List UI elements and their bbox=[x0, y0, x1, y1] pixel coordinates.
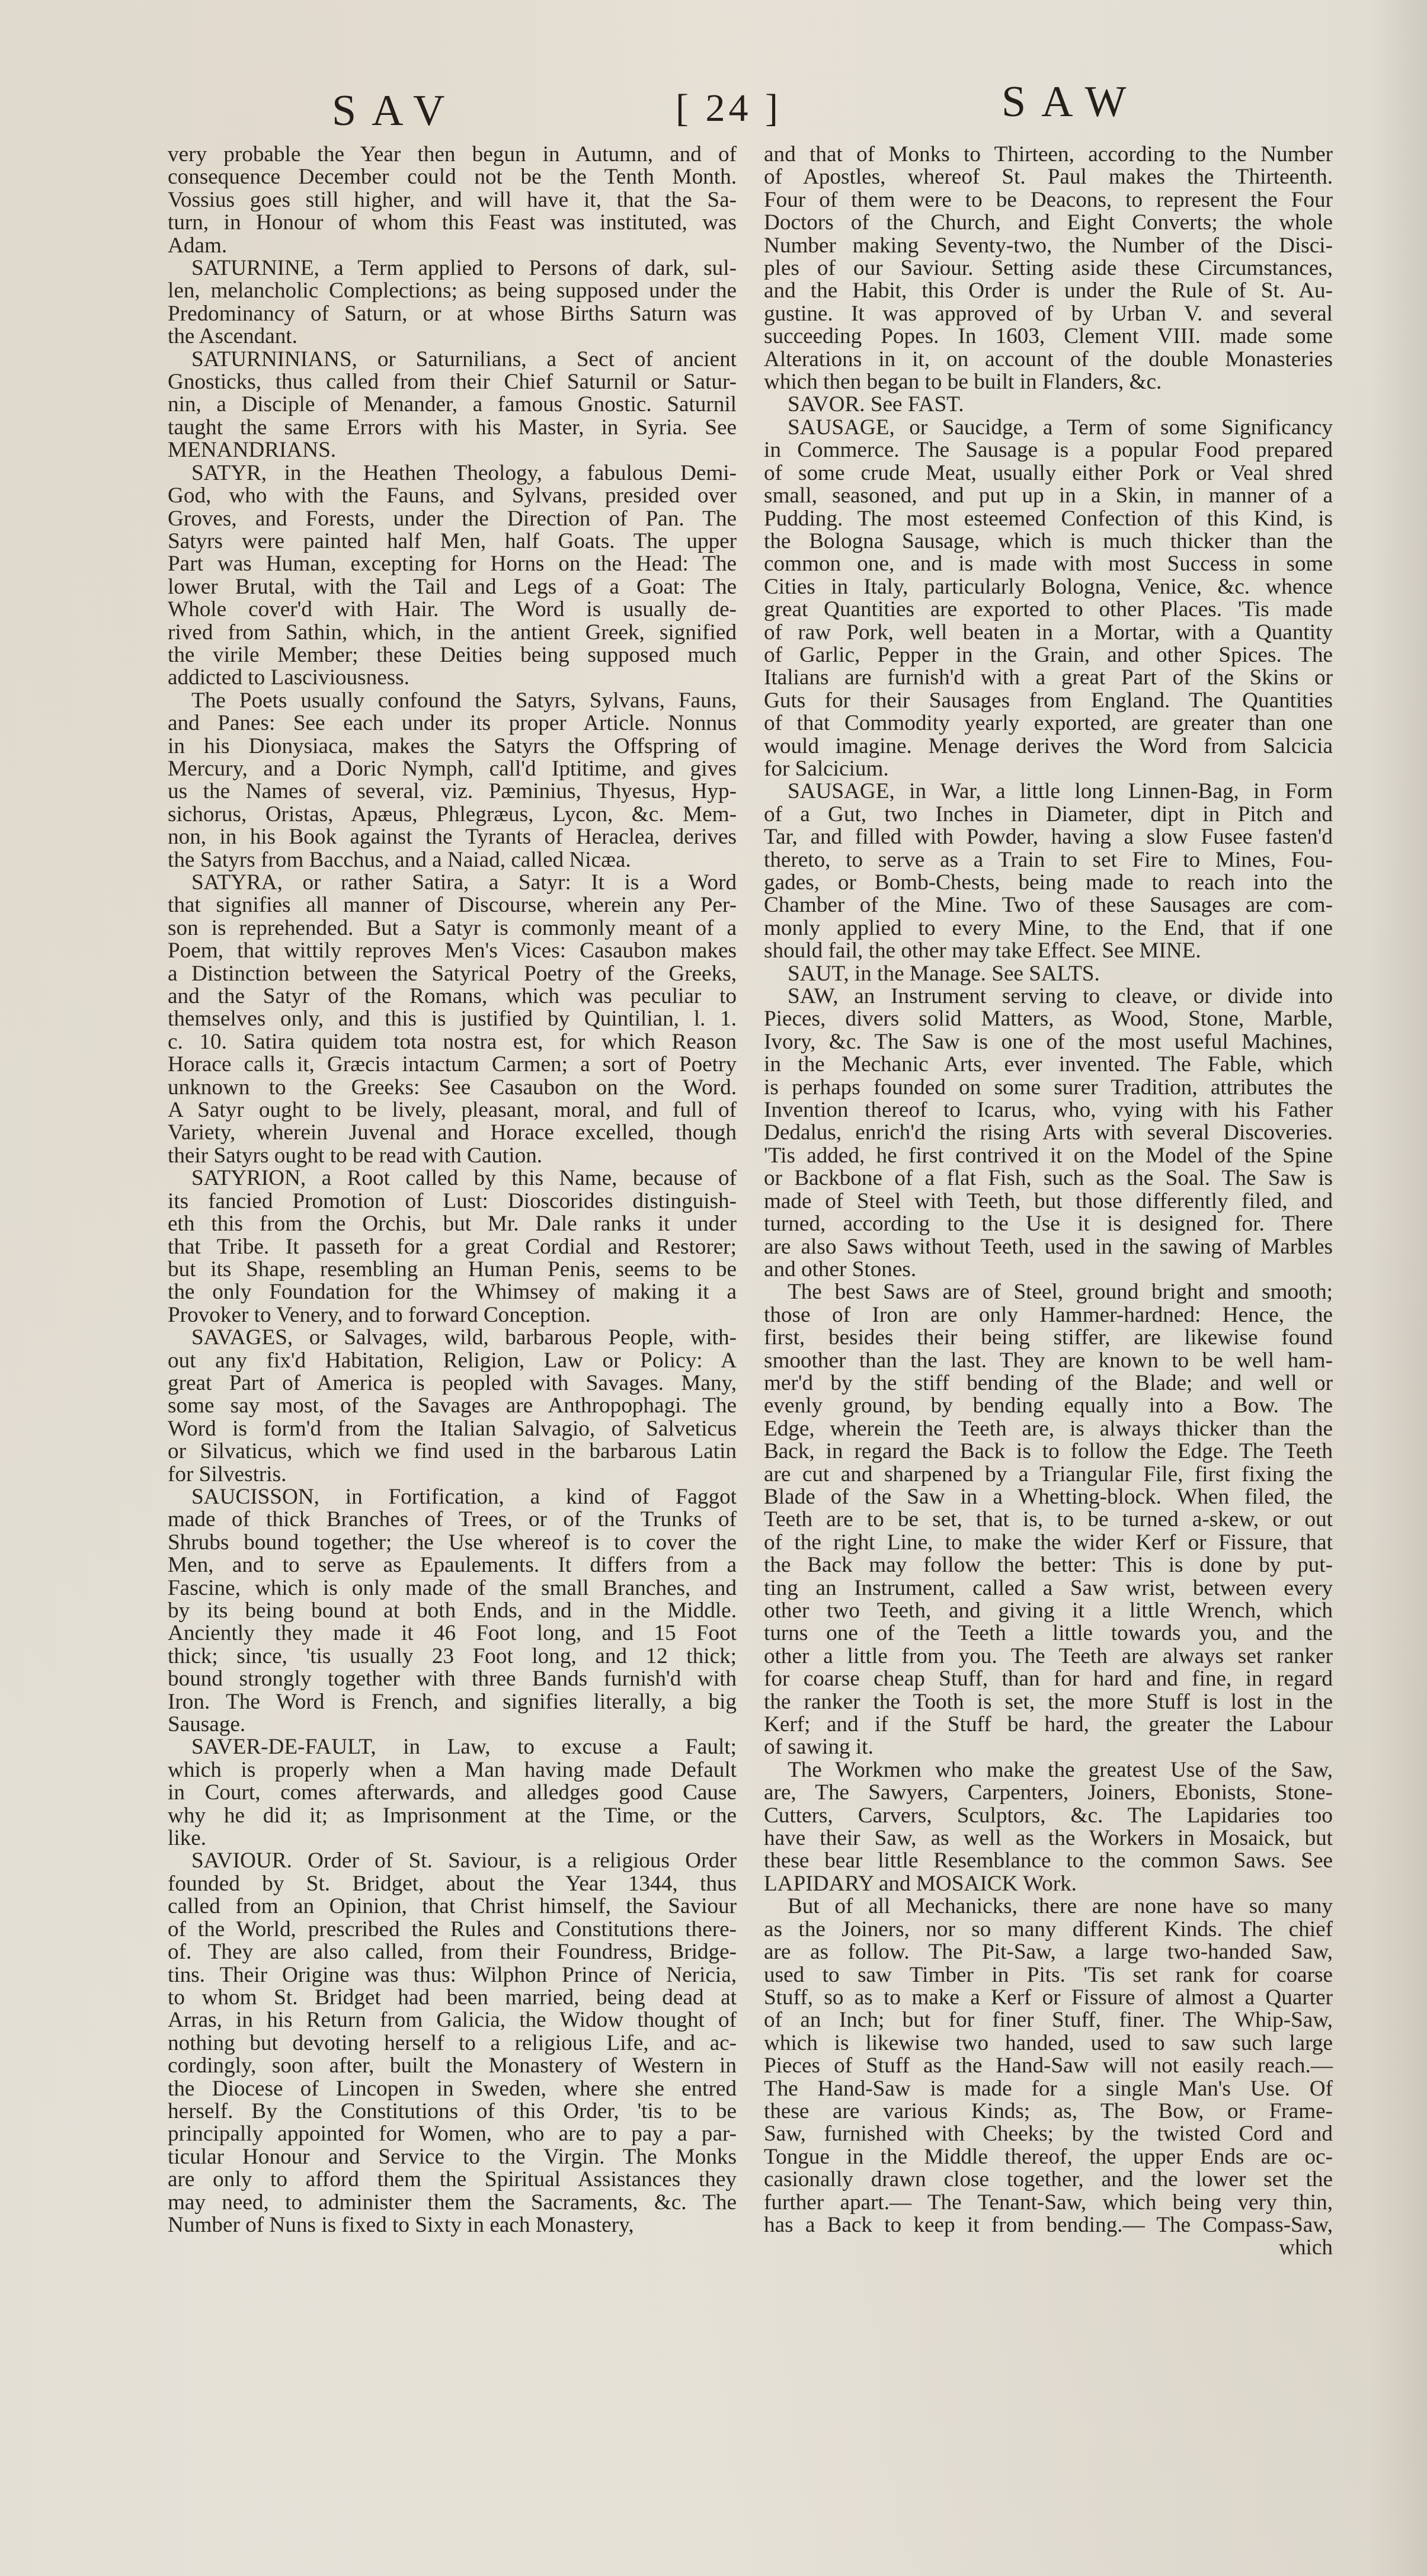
text-line: Word is form'd from the Italian Salvagio… bbox=[168, 1418, 737, 1440]
text-line: Teeth are to be set, that is, to be turn… bbox=[764, 1508, 1333, 1531]
text-line: Four of them were to be Deacons, to repr… bbox=[764, 189, 1333, 212]
text-line: and that of Monks to Thirteen, according… bbox=[764, 143, 1333, 166]
text-line: and the Habit, this Order is under the R… bbox=[764, 280, 1333, 302]
text-line: as the Joiners, nor so many different Ki… bbox=[764, 1918, 1333, 1941]
text-line: great Quantities are exported to other P… bbox=[764, 598, 1333, 621]
text-line: God, who with the Fauns, and Sylvans, pr… bbox=[168, 485, 737, 507]
text-line: these are various Kinds; as, The Bow, or… bbox=[764, 2100, 1333, 2123]
text-line: gustine. It was approved of by Urban V. … bbox=[764, 303, 1333, 325]
text-line: great Part of America is peopled with Sa… bbox=[168, 1372, 737, 1395]
text-line: Satyrs were painted half Men, half Goats… bbox=[168, 530, 737, 553]
text-line: A Satyr ought to be lively, pleasant, mo… bbox=[168, 1099, 737, 1122]
text-line: evenly ground, by bending equally into a… bbox=[764, 1395, 1333, 1417]
text-line: ples of our Saviour. Setting aside these… bbox=[764, 257, 1333, 280]
text-line: in his Dionysiaca, makes the Satyrs the … bbox=[168, 735, 737, 758]
text-line: turned, according to the Use it is desig… bbox=[764, 1213, 1333, 1235]
page-number: [ 24 ] bbox=[676, 86, 782, 131]
text-line: Doctors of the Church, and Eight Convert… bbox=[764, 212, 1333, 234]
text-line: of an Inch; but for finer Stuff, finer. … bbox=[764, 2009, 1333, 2032]
text-line: the ranker the Tooth is set, the more St… bbox=[764, 1691, 1333, 1713]
text-line: like. bbox=[168, 1827, 737, 1850]
text-line: why he did it; as Imprisonment at the Ti… bbox=[168, 1805, 737, 1827]
text-line: 'Tis added, he first contrived it on the… bbox=[764, 1145, 1333, 1167]
text-line: Part was Human, excepting for Horns on t… bbox=[168, 553, 737, 575]
text-line: Arras, in his Return from Galicia, the W… bbox=[168, 2009, 737, 2032]
text-line: Fascine, which is only made of the small… bbox=[168, 1577, 737, 1600]
text-line: Whole cover'd with Hair. The Word is usu… bbox=[168, 598, 737, 621]
text-line: are also Saws without Teeth, used in the… bbox=[764, 1236, 1333, 1258]
text-line: Stuff, so as to make a Kerf or Fissure o… bbox=[764, 1987, 1333, 2009]
text-line: eth this from the Orchis, but Mr. Dale r… bbox=[168, 1213, 737, 1235]
text-line: Adam. bbox=[168, 235, 737, 257]
text-line: Guts for their Sausages from England. Th… bbox=[764, 690, 1333, 712]
text-line: taught the same Errors with his Master, … bbox=[168, 416, 737, 439]
text-line: called from an Opinion, that Christ hims… bbox=[168, 1895, 737, 1918]
text-line: turns one of the Teeth a little towards … bbox=[764, 1622, 1333, 1645]
text-line: should fail, the other may take Effect. … bbox=[764, 940, 1333, 962]
text-line: SAUT, in the Manage. See SALTS. bbox=[764, 963, 1333, 985]
text-line: gades, or Bomb-Chests, being made to rea… bbox=[764, 872, 1333, 894]
text-line: common one, and is made with most Succes… bbox=[764, 553, 1333, 575]
text-line: SATURNINIANS, or Saturnilians, a Sect of… bbox=[168, 348, 737, 371]
text-line: of the right Line, to make the wider Ker… bbox=[764, 1531, 1333, 1554]
text-line: But of all Mechanicks, there are none ha… bbox=[764, 1895, 1333, 1918]
text-line: for Silvestris. bbox=[168, 1463, 737, 1486]
text-line: or Silvaticus, which we find used in the… bbox=[168, 1440, 737, 1463]
text-line: mer'd by the stiff bending of the Blade;… bbox=[764, 1372, 1333, 1395]
text-line: Blade of the Saw in a Whetting-block. Wh… bbox=[764, 1486, 1333, 1508]
text-line: ting an Instrument, called a Saw wrist, … bbox=[764, 1577, 1333, 1600]
text-line: very probable the Year then begun in Aut… bbox=[168, 143, 737, 166]
text-line: of that Commodity yearly exported, are g… bbox=[764, 712, 1333, 735]
text-line: Edge, wherein the Teeth are, is always t… bbox=[764, 1418, 1333, 1440]
right-guide-word: SAW bbox=[1002, 77, 1142, 127]
text-line: but its Shape, resembling an Human Penis… bbox=[168, 1258, 737, 1281]
text-line: a Distinction between the Satyrical Poet… bbox=[168, 963, 737, 985]
text-line: and other Stones. bbox=[764, 1258, 1333, 1281]
text-line: tins. Their Origine was thus: Wilphon Pr… bbox=[168, 1964, 737, 1987]
text-line: Tar, and filled with Powder, having a sl… bbox=[764, 826, 1333, 848]
text-line: Pieces, divers solid Matters, as Wood, S… bbox=[764, 1008, 1333, 1030]
text-line: and the Satyr of the Romans, which was p… bbox=[168, 985, 737, 1008]
text-line: non, in his Book against the Tyrants of … bbox=[168, 826, 737, 848]
text-line: has a Back to keep it from bending.— The… bbox=[764, 2214, 1333, 2237]
text-line: Alterations in it, on account of the dou… bbox=[764, 348, 1333, 371]
text-line: of some crude Meat, usually either Pork … bbox=[764, 462, 1333, 485]
text-line: Back, in regard the Back is to follow th… bbox=[764, 1440, 1333, 1463]
text-line: Poem, that wittily reproves Men's Vices:… bbox=[168, 940, 737, 962]
text-line: Sausage. bbox=[168, 1713, 737, 1736]
text-line: to whom St. Bridget had been married, be… bbox=[168, 1987, 737, 2009]
text-line: MENANDRIANS. bbox=[168, 439, 737, 462]
text-line: is perhaps founded on some surer Traditi… bbox=[764, 1076, 1333, 1099]
text-line: Number making Seventy-two, the Number of… bbox=[764, 235, 1333, 257]
text-line: used to saw Timber in Pits. 'Tis set ran… bbox=[764, 1964, 1333, 1987]
text-line: Number of Nuns is fixed to Sixty in each… bbox=[168, 2214, 737, 2237]
text-line: these bear little Resemblance to the com… bbox=[764, 1850, 1333, 1872]
catchword: which bbox=[764, 2237, 1333, 2259]
text-line: of. They are also called, from their Fou… bbox=[168, 1941, 737, 1963]
text-line: c. 10. Satira quidem tota nostra est, fo… bbox=[168, 1031, 737, 1053]
text-line: SAVER-DE-FAULT, in Law, to excuse a Faul… bbox=[168, 1736, 737, 1758]
text-line: Cities in Italy, particularly Bologna, V… bbox=[764, 576, 1333, 598]
text-line: made of Steel with Teeth, but those diff… bbox=[764, 1190, 1333, 1213]
text-line: SAW, an Instrument serving to cleave, or… bbox=[764, 985, 1333, 1008]
text-line: Saw, furnished with Cheeks; by the twist… bbox=[764, 2123, 1333, 2145]
text-line: which then began to be built in Flanders… bbox=[764, 371, 1333, 393]
text-line: of a Gut, two Inches in Diameter, dipt i… bbox=[764, 803, 1333, 826]
text-line: thereto, to serve as a Train to set Fire… bbox=[764, 849, 1333, 872]
text-line: Pudding. The most esteemed Confection of… bbox=[764, 508, 1333, 530]
text-line: of the World, prescribed the Rules and C… bbox=[168, 1918, 737, 1941]
text-line: lower Brutal, with the Tail and Legs of … bbox=[168, 576, 737, 598]
text-line: SATYRA, or rather Satira, a Satyr: It is… bbox=[168, 872, 737, 894]
text-line: the Bologna Sausage, which is much thick… bbox=[764, 530, 1333, 553]
text-line: Invention thereof to Icarus, who, vying … bbox=[764, 1099, 1333, 1122]
text-line: SATURNINE, a Term applied to Persons of … bbox=[168, 257, 737, 280]
text-line: which is properly when a Man having made… bbox=[168, 1759, 737, 1782]
text-line: Predominancy of Saturn, or at whose Birt… bbox=[168, 303, 737, 325]
text-line: Dedalus, enrich'd the rising Arts with s… bbox=[764, 1122, 1333, 1144]
text-line: its fancied Promotion of Lust: Dioscorid… bbox=[168, 1190, 737, 1213]
text-line: Variety, wherein Juvenal and Horace exce… bbox=[168, 1122, 737, 1144]
text-line: Cutters, Carvers, Sculptors, &c. The Lap… bbox=[764, 1805, 1333, 1827]
text-line: monly applied to every Mine, to the End,… bbox=[764, 917, 1333, 940]
text-line: themselves only, and this is justified b… bbox=[168, 1008, 737, 1030]
text-line: the Back may follow the better: This is … bbox=[764, 1554, 1333, 1577]
document-page: SAV [ 24 ] SAW very probable the Year th… bbox=[0, 0, 1427, 2576]
text-line: of sawing it. bbox=[764, 1736, 1333, 1758]
text-line: of raw Pork, well beaten in a Mortar, wi… bbox=[764, 621, 1333, 644]
text-line: of Garlic, Pepper in the Grain, and othe… bbox=[764, 644, 1333, 667]
text-line: first, besides their being stiffer, are … bbox=[764, 1327, 1333, 1349]
text-line: and Panes: See each under its proper Art… bbox=[168, 712, 737, 735]
text-line: Chamber of the Mine. Two of these Sausag… bbox=[764, 894, 1333, 917]
text-line: in Commerce. The Sausage is a popular Fo… bbox=[764, 439, 1333, 462]
text-line: out any fix'd Habitation, Religion, Law … bbox=[168, 1350, 737, 1372]
text-line: Tongue in the Middle thereof, the upper … bbox=[764, 2146, 1333, 2168]
text-line: smoother than the last. They are known t… bbox=[764, 1350, 1333, 1372]
text-line: sichorus, Oristas, Apæus, Phlegræus, Lyc… bbox=[168, 803, 737, 826]
text-line: Horace calls it, Græcis intactum Carmen;… bbox=[168, 1053, 737, 1076]
running-header: SAV [ 24 ] SAW bbox=[0, 74, 1427, 139]
text-line: LAPIDARY and MOSAICK Work. bbox=[764, 1873, 1333, 1895]
text-line: herself. By the Constitutions of this Or… bbox=[168, 2100, 737, 2123]
text-line: Shrubs bound together; the Use whereof i… bbox=[168, 1531, 737, 1554]
text-line: are as follow. The Pit-Saw, a large two-… bbox=[764, 1941, 1333, 1963]
text-line: their Satyrs ought to be read with Cauti… bbox=[168, 1145, 737, 1167]
text-line: consequence December could not be the Te… bbox=[168, 166, 737, 188]
text-line: founded by St. Bridget, about the Year 1… bbox=[168, 1873, 737, 1895]
text-line: in Court, comes afterwards, and alledges… bbox=[168, 1782, 737, 1804]
text-line: Men, and to serve as Epaulements. It dif… bbox=[168, 1554, 737, 1577]
text-line: Gnosticks, thus called from their Chief … bbox=[168, 371, 737, 393]
text-line: Provoker to Venery, and to forward Conce… bbox=[168, 1304, 737, 1327]
text-line: have their Saw, as well as the Workers i… bbox=[764, 1827, 1333, 1850]
text-line: Pieces of Stuff as the Hand-Saw will not… bbox=[764, 2055, 1333, 2077]
text-line: SAUSAGE, or Saucidge, a Term of some Sig… bbox=[764, 416, 1333, 439]
text-line: ticular Honour and Service to the Virgin… bbox=[168, 2146, 737, 2168]
text-line: the virile Member; these Deities being s… bbox=[168, 644, 737, 667]
right-column: and that of Monks to Thirteen, according… bbox=[764, 143, 1333, 2260]
left-guide-word: SAV bbox=[332, 86, 460, 136]
text-line: are only to afford them the Spiritual As… bbox=[168, 2168, 737, 2191]
text-line: cordingly, soon after, built the Monaste… bbox=[168, 2055, 737, 2077]
text-line: made of thick Branches of Trees, or of t… bbox=[168, 1508, 737, 1531]
text-line: may need, to administer them the Sacrame… bbox=[168, 2191, 737, 2214]
text-line: Vossius goes still higher, and will have… bbox=[168, 189, 737, 212]
text-line: succeeding Popes. In 1603, Clement VIII.… bbox=[764, 325, 1333, 348]
text-line: Groves, and Forests, under the Direction… bbox=[168, 508, 737, 530]
text-line: those of Iron are only Hammer-hardned: H… bbox=[764, 1304, 1333, 1327]
text-line: are, The Sawyers, Carpenters, Joiners, E… bbox=[764, 1782, 1333, 1804]
text-line: other two Teeth, and giving it a little … bbox=[764, 1600, 1333, 1622]
text-line: Anciently they made it 46 Foot long, and… bbox=[168, 1622, 737, 1645]
text-line: Kerf; and if the Stuff be hard, the grea… bbox=[764, 1713, 1333, 1736]
text-line: casionally drawn close together, and the… bbox=[764, 2168, 1333, 2191]
text-line: SAUSAGE, in War, a little long Linnen-Ba… bbox=[764, 780, 1333, 803]
text-line: Mercury, and a Doric Nymph, call'd Iptit… bbox=[168, 758, 737, 780]
text-line: addicted to Lasciviousness. bbox=[168, 667, 737, 689]
text-line: rived from Sathin, which, in the antient… bbox=[168, 621, 737, 644]
text-line: len, melancholic Complections; as being … bbox=[168, 280, 737, 302]
text-line: that Tribe. It passeth for a great Cordi… bbox=[168, 1236, 737, 1258]
text-line: for coarse cheap Stuff, than for hard an… bbox=[764, 1668, 1333, 1690]
text-line: other a little from you. The Teeth are a… bbox=[764, 1645, 1333, 1668]
text-line: Italians are furnish'd with a great Part… bbox=[764, 667, 1333, 689]
text-line: small, seasoned, and put up in a Skin, i… bbox=[764, 485, 1333, 507]
text-line: SAVIOUR. Order of St. Saviour, is a reli… bbox=[168, 1850, 737, 1872]
text-line: Ivory, &c. The Saw is one of the most us… bbox=[764, 1031, 1333, 1053]
text-line: the Ascendant. bbox=[168, 325, 737, 348]
text-line: turn, in Honour of whom this Feast was i… bbox=[168, 212, 737, 234]
text-line: thick; since, 'tis usually 23 Foot long,… bbox=[168, 1645, 737, 1668]
text-line: further apart.— The Tenant-Saw, which be… bbox=[764, 2191, 1333, 2214]
text-line: by its being bound at both Ends, and in … bbox=[168, 1600, 737, 1622]
text-line: of Apostles, whereof St. Paul makes the … bbox=[764, 166, 1333, 188]
text-line: SATYRION, a Root called by this Name, be… bbox=[168, 1167, 737, 1190]
text-line: that signifies all manner of Discourse, … bbox=[168, 894, 737, 917]
text-line: son is reprehended. But a Satyr is commo… bbox=[168, 917, 737, 940]
text-line: the Diocese of Lincopen in Sweden, where… bbox=[168, 2078, 737, 2100]
text-line: principally appointed for Women, who are… bbox=[168, 2123, 737, 2145]
text-line: are cut and sharpened by a Triangular Fi… bbox=[764, 1463, 1333, 1486]
text-line: for Salcicium. bbox=[764, 758, 1333, 780]
text-line: SAVOR. See FAST. bbox=[764, 393, 1333, 416]
text-line: us the Names of several, viz. Pæminius, … bbox=[168, 780, 737, 803]
text-line: nin, a Disciple of Menander, a famous Gn… bbox=[168, 393, 737, 416]
text-line: The Poets usually confound the Satyrs, S… bbox=[168, 690, 737, 712]
text-line: in the Mechanic Arts, ever invented. The… bbox=[764, 1053, 1333, 1076]
text-line: SATYR, in the Heathen Theology, a fabulo… bbox=[168, 462, 737, 485]
text-line: nothing but devoting herself to a religi… bbox=[168, 2032, 737, 2055]
text-line: The Workmen who make the greatest Use of… bbox=[764, 1759, 1333, 1782]
text-line: SAUCISSON, in Fortification, a kind of F… bbox=[168, 1486, 737, 1508]
text-line: which is likewise two handed, used to sa… bbox=[764, 2032, 1333, 2055]
text-line: bound strongly together with three Bands… bbox=[168, 1668, 737, 1690]
text-line: Iron. The Word is French, and signifies … bbox=[168, 1691, 737, 1713]
text-line: or Backbone of a flat Fish, such as the … bbox=[764, 1167, 1333, 1190]
text-line: The Hand-Saw is made for a single Man's … bbox=[764, 2078, 1333, 2100]
text-line: some say most, of the Savages are Anthro… bbox=[168, 1395, 737, 1417]
text-line: the Satyrs from Bacchus, and a Naiad, ca… bbox=[168, 849, 737, 872]
text-line: unknown to the Greeks: See Casaubon on t… bbox=[168, 1076, 737, 1099]
left-column: very probable the Year then begun in Aut… bbox=[168, 143, 737, 2237]
text-line: would imagine. Menage derives the Word f… bbox=[764, 735, 1333, 758]
text-line: SAVAGES, or Salvages, wild, barbarous Pe… bbox=[168, 1327, 737, 1349]
text-line: The best Saws are of Steel, ground brigh… bbox=[764, 1281, 1333, 1303]
text-line: the only Foundation for the Whimsey of m… bbox=[168, 1281, 737, 1303]
